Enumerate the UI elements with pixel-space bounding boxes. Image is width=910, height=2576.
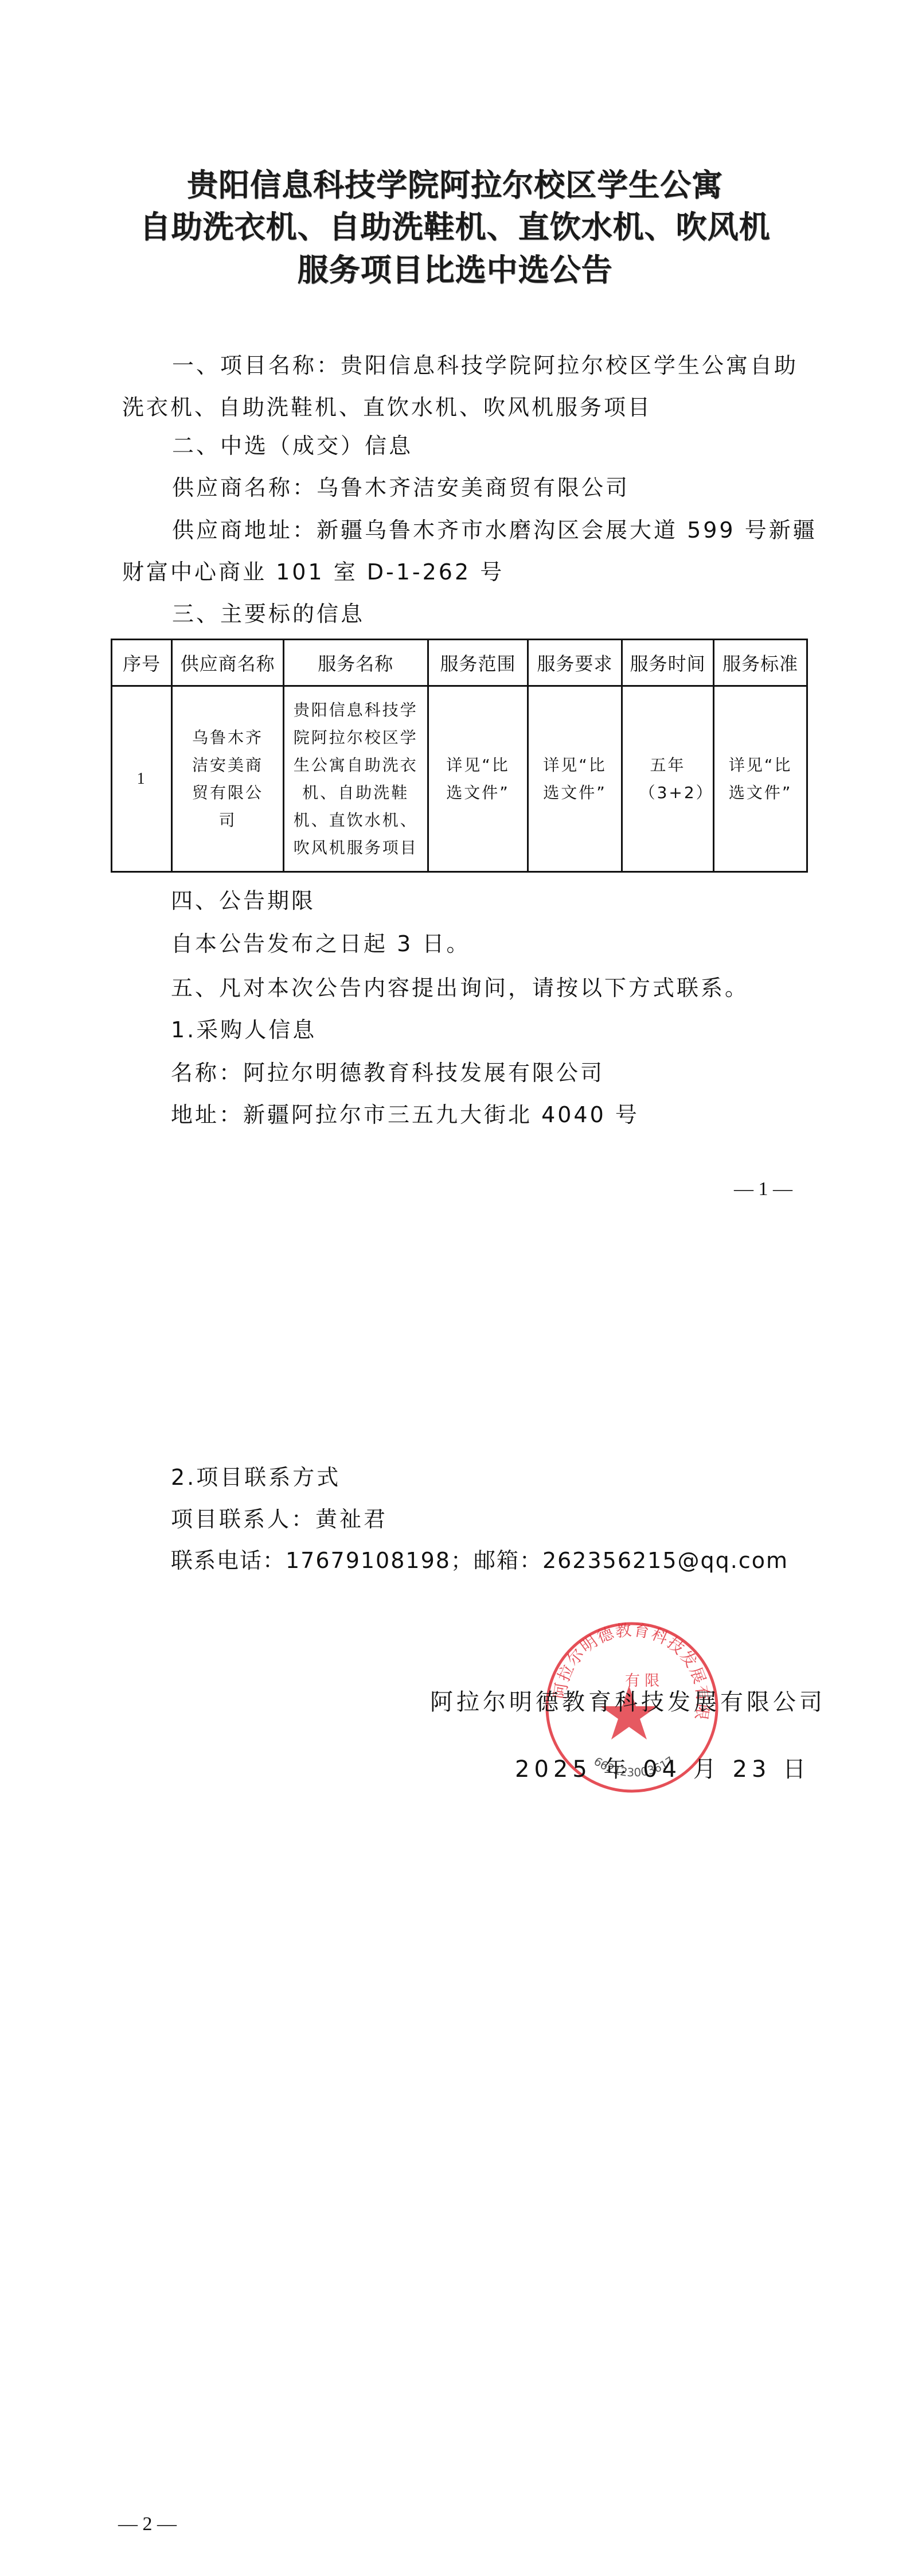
contact-person: 项目联系人：黄祉君 bbox=[171, 1507, 388, 1532]
cell-standard-text: 详见“比选文件” bbox=[726, 752, 795, 807]
header-requirement: 服务要求 bbox=[528, 640, 622, 686]
announcement-period: 自本公告发布之日起 3 日。 bbox=[171, 931, 470, 956]
supplier-address-line-1: 供应商地址：新疆乌鲁木齐市水磨沟区会展大道 599 号新疆 bbox=[172, 517, 817, 543]
section-5-heading: 五、凡对本次公告内容提出询问，请按以下方式联系。 bbox=[171, 975, 749, 1001]
cell-scope: 详见“比选文件” bbox=[428, 686, 528, 872]
cell-service-name-text: 贵阳信息科技学院阿拉尔校区学生公寓自助洗衣机、自助洗鞋机、直饮水机、吹风机服务项… bbox=[292, 696, 419, 862]
supplier-name: 供应商名称：乌鲁木齐洁安美商贸有限公司 bbox=[172, 475, 630, 500]
cell-duration-text: 五年（3+2） bbox=[639, 752, 697, 807]
page-number-2: — 2 — bbox=[118, 2513, 177, 2536]
project-name-line-2: 洗衣机、自助洗鞋机、直饮水机、吹风机服务项目 bbox=[122, 395, 652, 420]
signature-company: 阿拉尔明德教育科技发展有限公司 bbox=[430, 1689, 826, 1715]
table-header-row: 序号 供应商名称 服务名称 服务范围 服务要求 服务时间 服务标准 bbox=[112, 640, 807, 686]
header-index: 序号 bbox=[112, 640, 172, 686]
document-title-line-3: 服务项目比选中选公告 bbox=[0, 252, 910, 287]
svg-text:有 限: 有 限 bbox=[625, 1672, 659, 1690]
project-name-line-1: 一、项目名称：贵阳信息科技学院阿拉尔校区学生公寓自助 bbox=[172, 353, 798, 378]
cell-standard: 详见“比选文件” bbox=[714, 686, 807, 872]
cell-supplier: 乌鲁木齐洁安美商贸有限公司 bbox=[172, 686, 284, 872]
cell-requirement-text: 详见“比选文件” bbox=[541, 752, 610, 807]
header-duration: 服务时间 bbox=[622, 640, 713, 686]
cell-service-name: 贵阳信息科技学院阿拉尔校区学生公寓自助洗衣机、自助洗鞋机、直饮水机、吹风机服务项… bbox=[283, 686, 428, 872]
header-scope: 服务范围 bbox=[428, 640, 528, 686]
signature-date: 2025 年 04 月 23 日 bbox=[515, 1756, 810, 1783]
header-supplier: 供应商名称 bbox=[172, 640, 284, 686]
header-standard: 服务标准 bbox=[714, 640, 807, 686]
contact-heading: 2.项目联系方式 bbox=[171, 1465, 341, 1490]
purchaser-name: 名称：阿拉尔明德教育科技发展有限公司 bbox=[171, 1060, 604, 1085]
page-number-1: — 1 — bbox=[734, 1178, 792, 1201]
supplier-address-line-2: 财富中心商业 101 室 D-1-262 号 bbox=[122, 559, 504, 585]
section-3-heading: 三、主要标的信息 bbox=[172, 601, 365, 627]
table-row: 1 乌鲁木齐洁安美商贸有限公司 贵阳信息科技学院阿拉尔校区学生公寓自助洗衣机、自… bbox=[112, 686, 807, 872]
cell-duration: 五年（3+2） bbox=[622, 686, 713, 872]
purchaser-heading: 1.采购人信息 bbox=[171, 1017, 317, 1042]
cell-requirement: 详见“比选文件” bbox=[528, 686, 622, 872]
cell-scope-text: 详见“比选文件” bbox=[443, 752, 512, 807]
cell-index: 1 bbox=[112, 686, 172, 872]
header-service-name: 服务名称 bbox=[283, 640, 428, 686]
document-title-line-2: 自助洗衣机、自助洗鞋机、直饮水机、吹风机 bbox=[0, 209, 910, 244]
purchaser-address: 地址：新疆阿拉尔市三五九大街北 4040 号 bbox=[171, 1102, 639, 1127]
contact-phone-email: 联系电话：17679108198；邮箱：262356215@qq.com bbox=[171, 1548, 788, 1573]
section-4-heading: 四、公告期限 bbox=[171, 888, 315, 913]
cell-supplier-text: 乌鲁木齐洁安美商贸有限公司 bbox=[185, 724, 271, 834]
subject-info-table: 序号 供应商名称 服务名称 服务范围 服务要求 服务时间 服务标准 1 乌鲁木齐… bbox=[111, 639, 808, 873]
section-2-heading: 二、中选（成交）信息 bbox=[172, 433, 413, 458]
document-title-line-1: 贵阳信息科技学院阿拉尔校区学生公寓 bbox=[0, 168, 910, 202]
